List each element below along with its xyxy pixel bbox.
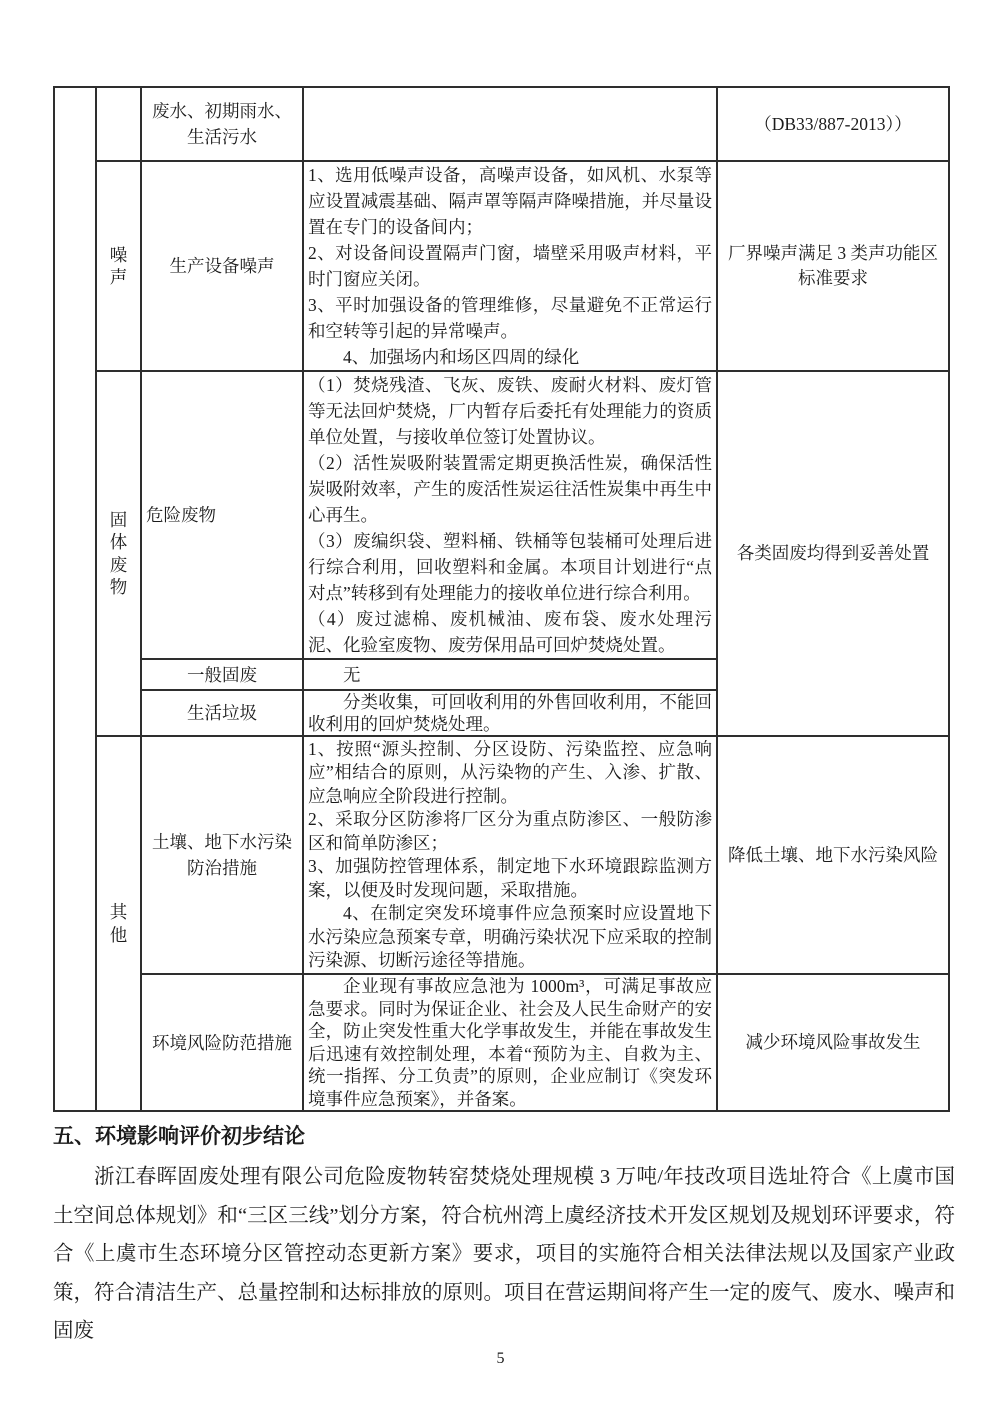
general-waste-measure: 无 (308, 664, 712, 686)
section-heading: 五、环境影响评价初步结论 (53, 1121, 948, 1151)
domestic-waste-measure: 分类收集，可回收利用的外售回收利用，不能回收利用的回炉焚烧处理。 (308, 691, 712, 735)
cell-other-category: 其他 (96, 736, 141, 1111)
solid-waste-category-label: 固体废物 (109, 509, 128, 599)
table-row-hazardous-waste: 固体废物 危险废物 （1）焚烧残渣、飞灰、废铁、废耐火材料、废灯管等无法回炉焚烧… (54, 371, 949, 659)
env-risk-measure: 企业现有事故应急池为 1000m³，可满足事故应急要求。同时为保证企业、社会及人… (308, 975, 712, 1110)
hazardous-measure-item: （4）废过滤棉、废机械油、废布袋、废水处理污泥、化验室废物、废劳保用品可回炉焚烧… (308, 606, 712, 658)
environmental-measures-table: 废水、初期雨水、生活污水 （DB33/887-2013）） 噪声 生产设备噪声 … (53, 86, 950, 1112)
cell-noise-category: 噪声 (96, 161, 141, 371)
page-content: 废水、初期雨水、生活污水 （DB33/887-2013）） 噪声 生产设备噪声 … (53, 86, 948, 1369)
cell-domestic-waste-measures: 分类收集，可回收利用的外售回收利用，不能回收利用的回炉焚烧处理。 (303, 690, 717, 736)
table-gutter-cell (54, 87, 96, 1111)
cell-noise-measures: 1、选用低噪声设备，高噪声设备，如风机、水泵等应设置减震基础、隔声罩等隔声降噪措… (303, 161, 717, 371)
cell-hazardous-source: 危险废物 (141, 371, 303, 659)
cell-domestic-waste-source: 生活垃圾 (141, 690, 303, 736)
document-page: 废水、初期雨水、生活污水 （DB33/887-2013）） 噪声 生产设备噪声 … (0, 0, 1000, 1414)
cell-wastewater-category-empty (96, 87, 141, 161)
cell-solid-waste-result: 各类固废均得到妥善处置 (717, 371, 949, 736)
cell-env-risk-source: 环境风险防范措施 (141, 974, 303, 1111)
table-row-noise: 噪声 生产设备噪声 1、选用低噪声设备，高噪声设备，如风机、水泵等应设置减震基础… (54, 161, 949, 371)
soil-measure-item: 2、采取分区防渗将厂区分为重点防渗区、一般防渗区和简单防渗区； (308, 808, 712, 855)
other-category-label: 其他 (109, 901, 128, 946)
cell-soil-groundwater-source: 土壤、地下水污染防治措施 (141, 736, 303, 974)
cell-wastewater-source: 废水、初期雨水、生活污水 (141, 87, 303, 161)
cell-wastewater-result: （DB33/887-2013）） (717, 87, 949, 161)
conclusion-paragraph: 浙江春晖固废处理有限公司危险废物转窑焚烧处理规模 3 万吨/年技改项目选址符合《… (53, 1158, 955, 1351)
cell-wastewater-measures-empty (303, 87, 717, 161)
noise-category-label: 噪声 (109, 244, 128, 289)
noise-measure-item: 4、加强场内和场区四周的绿化 (308, 344, 712, 370)
table-row-soil-groundwater: 其他 土壤、地下水污染防治措施 1、按照“源头控制、分区设防、污染监控、应急响应… (54, 736, 949, 974)
cell-env-risk-measures: 企业现有事故应急池为 1000m³，可满足事故应急要求。同时为保证企业、社会及人… (303, 974, 717, 1111)
cell-noise-result: 厂界噪声满足 3 类声功能区标准要求 (717, 161, 949, 371)
hazardous-measure-item: （3）废编织袋、塑料桶、铁桶等包装桶可处理后进行综合利用，回收塑料和金属。本项目… (308, 528, 712, 606)
page-number: 5 (53, 1349, 948, 1369)
noise-measure-item: 3、平时加强设备的管理维修，尽量避免不正常运行和空转等引起的异常噪声。 (308, 292, 712, 344)
cell-soil-groundwater-result: 降低土壤、地下水污染风险 (717, 736, 949, 974)
hazardous-measure-item: （1）焚烧残渣、飞灰、废铁、废耐火材料、废灯管等无法回炉焚烧，厂内暂存后委托有处… (308, 372, 712, 450)
table-row-env-risk: 环境风险防范措施 企业现有事故应急池为 1000m³，可满足事故应急要求。同时为… (54, 974, 949, 1111)
cell-general-waste-source: 一般固废 (141, 659, 303, 690)
soil-measure-item: 4、在制定突发环境事件应急预案时应设置地下水污染应急预案专章，明确污染状况下应采… (308, 902, 712, 973)
cell-hazardous-measures: （1）焚烧残渣、飞灰、废铁、废耐火材料、废灯管等无法回炉焚烧，厂内暂存后委托有处… (303, 371, 717, 659)
table-row-wastewater: 废水、初期雨水、生活污水 （DB33/887-2013）） (54, 87, 949, 161)
soil-measure-item: 1、按照“源头控制、分区设防、污染监控、应急响应”相结合的原则，从污染物的产生、… (308, 738, 712, 809)
cell-solid-waste-category: 固体废物 (96, 371, 141, 736)
soil-measure-item: 3、加强防控管理体系，制定地下水环境跟踪监测方案，以便及时发现问题，采取措施。 (308, 855, 712, 902)
cell-env-risk-result: 减少环境风险事故发生 (717, 974, 949, 1111)
hazardous-measure-item: （2）活性炭吸附装置需定期更换活性炭，确保活性炭吸附效率，产生的废活性炭运往活性… (308, 450, 712, 528)
cell-soil-groundwater-measures: 1、按照“源头控制、分区设防、污染监控、应急响应”相结合的原则，从污染物的产生、… (303, 736, 717, 974)
cell-noise-source: 生产设备噪声 (141, 161, 303, 371)
cell-general-waste-measures: 无 (303, 659, 717, 690)
noise-measure-item: 2、对设备间设置隔声门窗，墙壁采用吸声材料，平时门窗应关闭。 (308, 240, 712, 292)
noise-measure-item: 1、选用低噪声设备，高噪声设备，如风机、水泵等应设置减震基础、隔声罩等隔声降噪措… (308, 162, 712, 240)
